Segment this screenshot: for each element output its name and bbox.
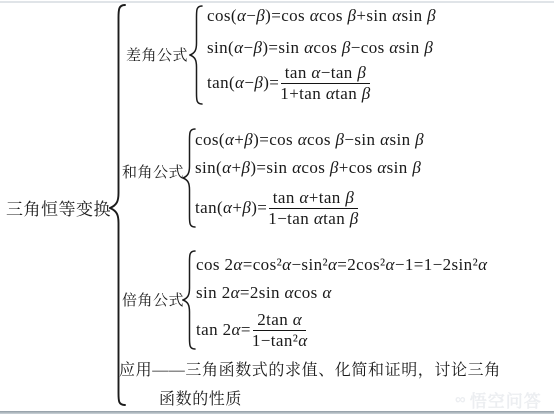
tan-double-fraction: 2tan α 1−tan²α [252,311,308,350]
wukong-logo-icon: ∞ [455,391,467,408]
application-text-line-2: 函数的性质 [159,389,242,411]
formula-sin-sum: sin(α+β)=sin αcos β+cos αsin β [195,158,421,178]
tan-difference-fraction: tan α−tan β 1+tan αtan β [280,64,370,103]
fraction-numerator: tan α+tan β [269,189,358,209]
formula-tan-double: tan 2α= 2tan α 1−tan²α [196,309,308,351]
fraction-numerator: tan α−tan β [281,64,370,84]
formula-sin-difference: sin(α−β)=sin αcos β−cos αsin β [207,38,433,58]
formula-tan-sum-lhs: tan(α+β)= [195,198,267,218]
formula-cos-sum: cos(α+β)=cos αcos β−sin αsin β [195,130,424,150]
difference-group-brace [189,5,203,105]
fraction-numerator: 2tan α [253,311,306,331]
formula-tan-difference-lhs: tan(α−β)= [207,73,279,93]
watermark: ∞ 悟空问答 [455,387,542,412]
tan-sum-fraction: tan α+tan β 1−tan αtan β [268,189,358,228]
formula-tan-sum: tan(α+β)= tan α+tan β 1−tan αtan β [195,187,359,229]
diagram-canvas: 三角恒等变换 差角公式 cos(α−β)=cos αcos β+sin αsin… [0,0,554,415]
fraction-denominator: 1+tan αtan β [280,84,370,103]
formula-tan-difference: tan(α−β)= tan α−tan β 1+tan αtan β [207,62,371,104]
branch-label-difference-formulas: 差角公式 [126,46,188,66]
double-angle-group-brace [182,250,196,350]
fraction-denominator: 1−tan²α [252,331,308,350]
bottom-border-line [0,411,554,414]
formula-cos-difference: cos(α−β)=cos αcos β+sin αsin β [207,6,436,26]
formula-sin-double: sin 2α=2sin αcos α [196,283,332,303]
top-border-line [0,1,554,3]
branch-label-sum-formulas: 和角公式 [122,163,184,183]
watermark-text: 悟空问答 [470,387,542,412]
application-text-line-1: 应用——三角函数式的求值、化简和证明，讨论三角 [119,360,501,382]
fraction-denominator: 1−tan αtan β [268,209,358,228]
sum-group-brace [182,128,196,228]
formula-cos-double: cos 2α=cos²α−sin²α=2cos²α−1=1−2sin²α [196,255,487,275]
formula-tan-double-lhs: tan 2α= [196,320,251,340]
main-brace [109,4,126,406]
branch-label-double-angle-formulas: 倍角公式 [122,291,184,311]
root-node-label: 三角恒等变换 [6,198,111,222]
